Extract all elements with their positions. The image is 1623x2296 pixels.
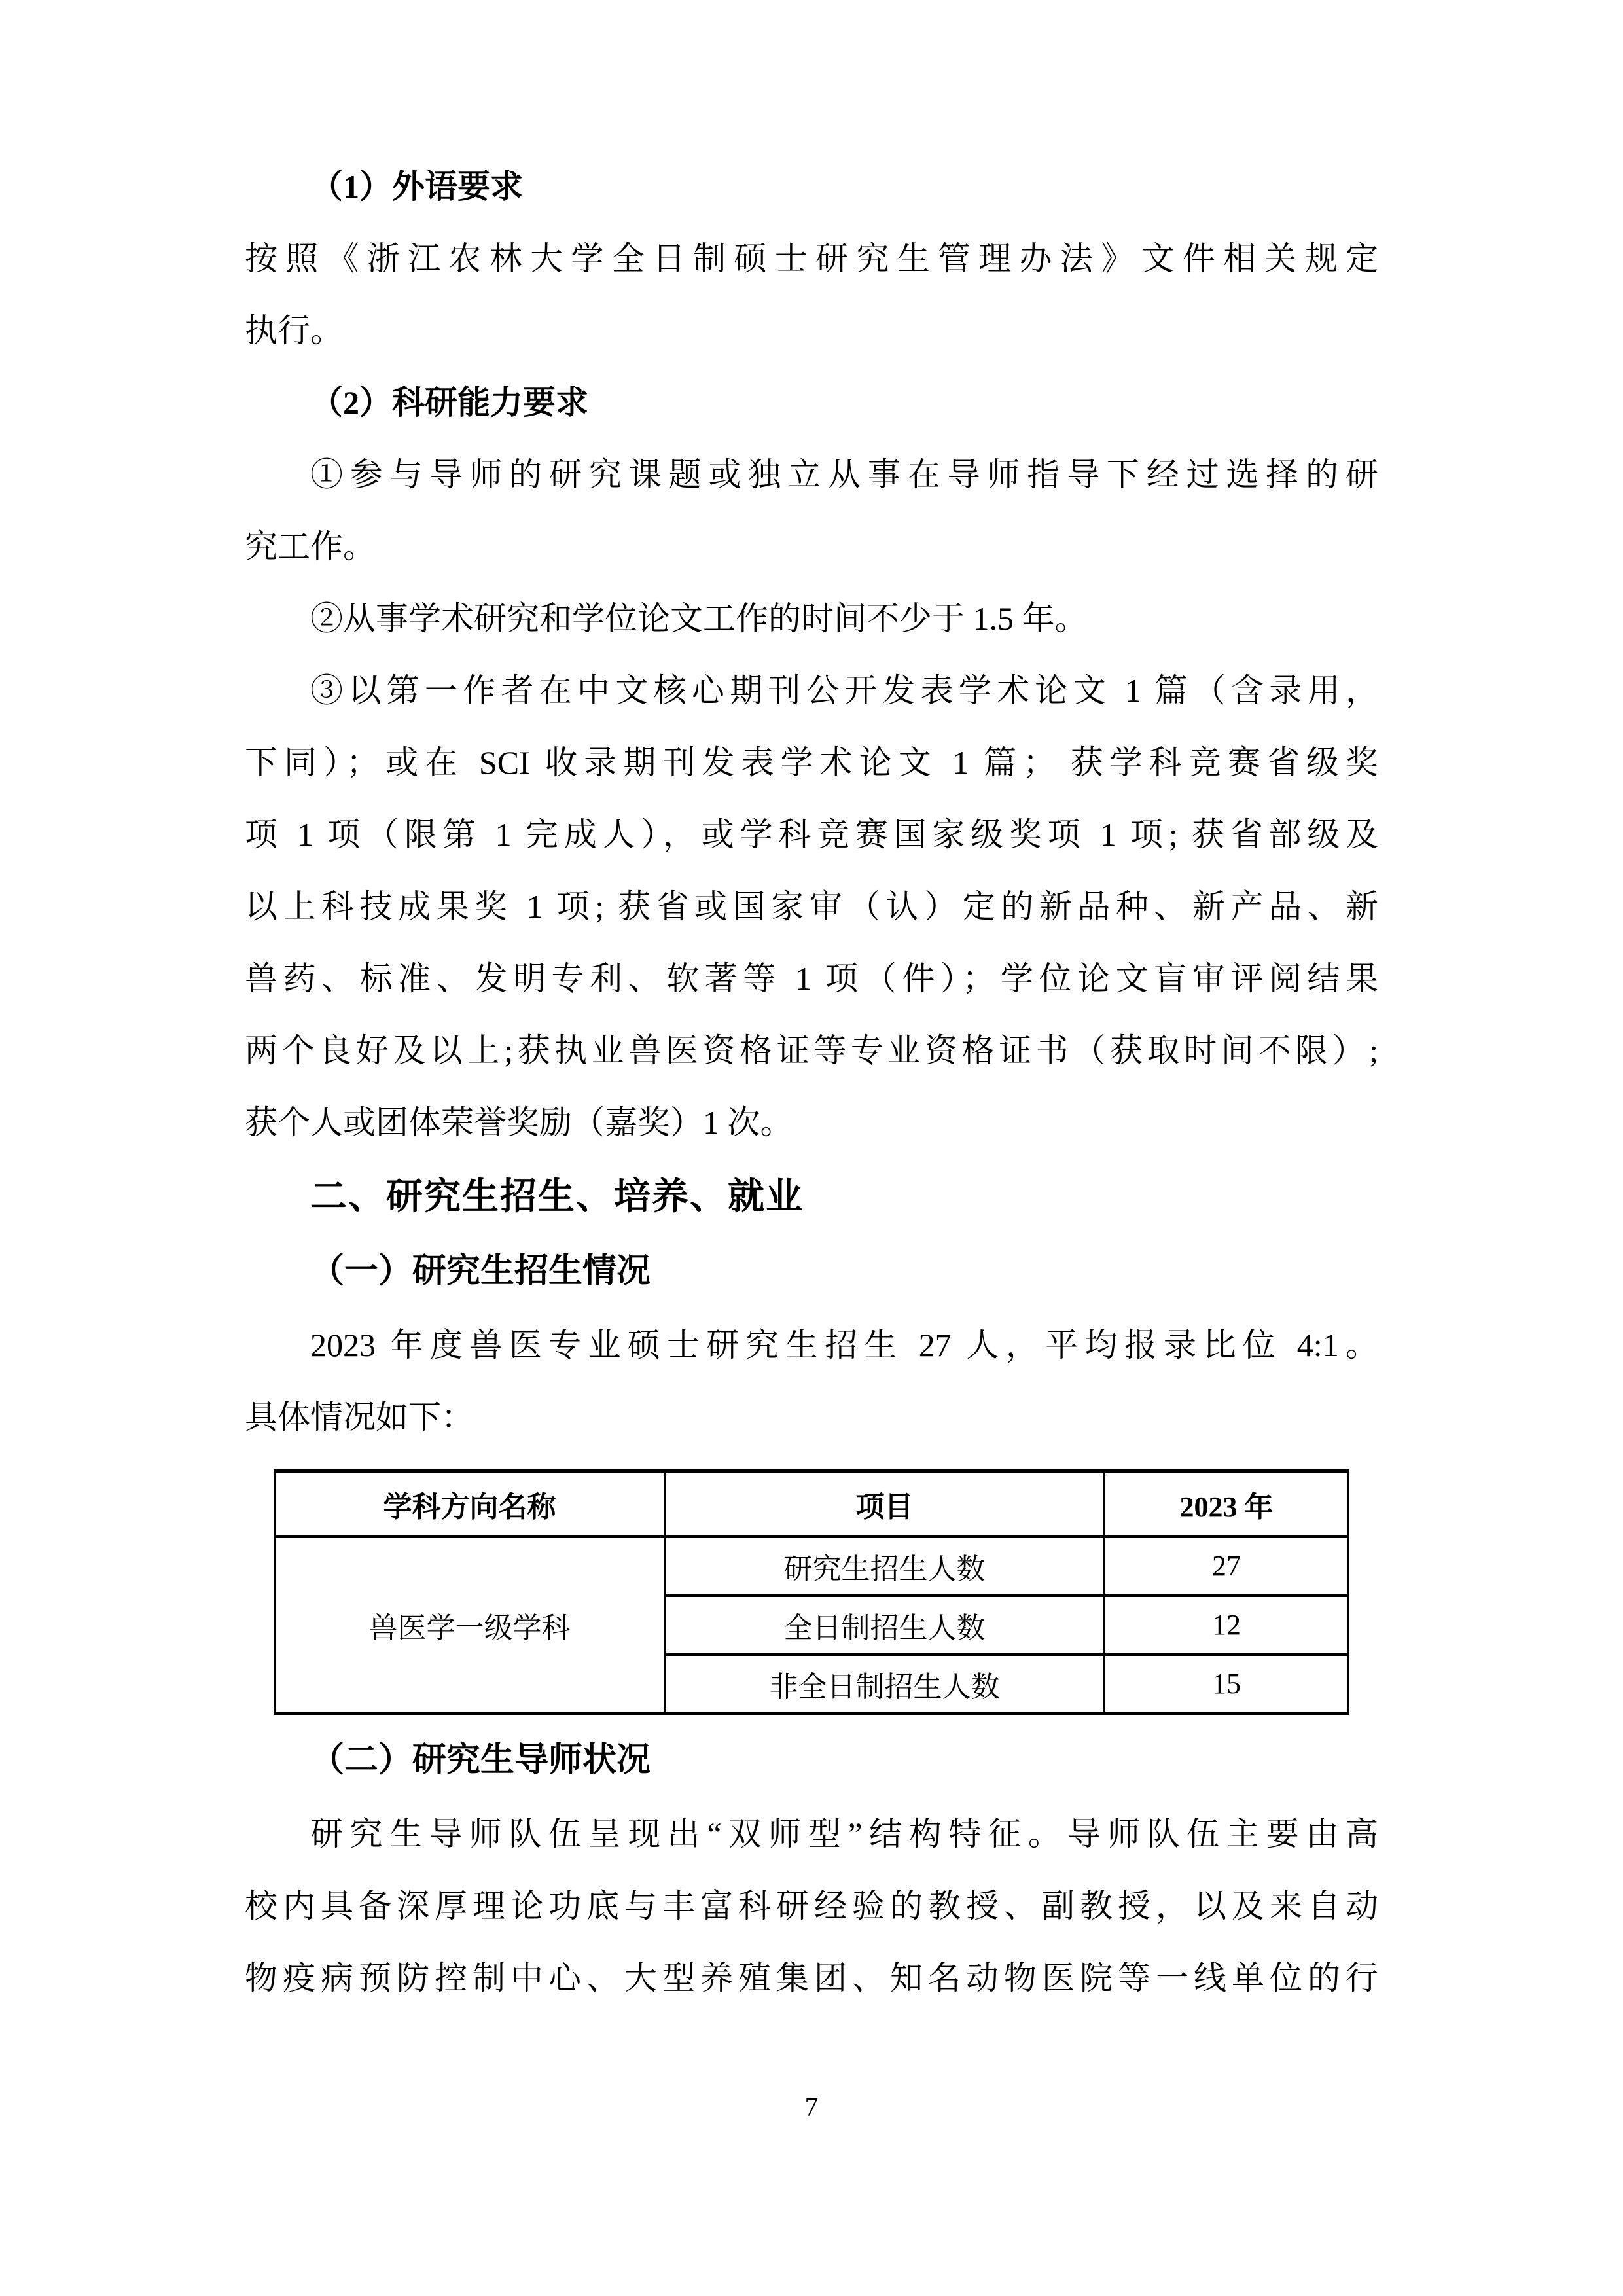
paragraph-foreign-line-1: 按照《浙江农林大学全日制硕士研究生管理办法》文件相关规定	[245, 223, 1378, 295]
table-cell-discipline: 兽医学一级学科	[275, 1537, 665, 1713]
list-item-3-line-1: ③以第一作者在中文核心期刊公开发表学术论文 1 篇（含录用，	[245, 655, 1378, 726]
table-header-row: 学科方向名称 项目 2023 年	[275, 1471, 1349, 1537]
document-content: （1）外语要求 按照《浙江农林大学全日制硕士研究生管理办法》文件相关规定 执行。…	[0, 0, 1623, 2014]
heading-foreign-language-requirement: （1）外语要求	[245, 151, 1378, 223]
list-item-2-line-1: ②从事学术研究和学位论文工作的时间不少于 1.5 年。	[245, 583, 1378, 655]
table-cell-item: 全日制招生人数	[665, 1596, 1105, 1655]
admission-data-table: 学科方向名称 项目 2023 年 兽医学一级学科 研究生招生人数 27 全日制招…	[274, 1469, 1349, 1715]
list-item-3-line-5: 兽药、标准、发明专利、软著等 1 项（件）；学位论文盲审评阅结果	[245, 942, 1378, 1014]
table-cell-value: 12	[1105, 1596, 1349, 1655]
paragraph-foreign-line-2: 执行。	[245, 295, 1378, 367]
list-item-3-line-4: 以上科技成果奖 1 项; 获省或国家审（认）定的新品种、新产品、新	[245, 870, 1378, 942]
paragraph-admission-line-2: 具体情况如下：	[245, 1381, 1378, 1453]
subsection-heading-admission-status: （一）研究生招生情况	[245, 1234, 1378, 1309]
paragraph-admission-line-1: 2023 年度兽医专业硕士研究生招生 27 人，平均报录比位 4:1。	[245, 1309, 1378, 1381]
list-item-1-line-2: 究工作。	[245, 511, 1378, 583]
list-item-3-line-2: 下同）；或在 SCI 收录期刊发表学术论文 1 篇； 获学科竞赛省级奖	[245, 726, 1378, 798]
table-cell-item: 研究生招生人数	[665, 1537, 1105, 1596]
table-header-year: 2023 年	[1105, 1471, 1349, 1537]
table-cell-item: 非全日制招生人数	[665, 1655, 1105, 1713]
page-number: 7	[0, 2091, 1623, 2124]
table-header-item: 项目	[665, 1471, 1105, 1537]
paragraph-mentor-line-2: 校内具备深厚理论功底与丰富科研经验的教授、副教授，以及来自动	[245, 1870, 1378, 1942]
section-heading-recruitment-training-employment: 二、研究生招生、培养、就业	[245, 1158, 1378, 1234]
table-cell-value: 27	[1105, 1537, 1349, 1596]
heading-research-ability-requirement: （2）科研能力要求	[245, 367, 1378, 439]
list-item-1-line-1: ①参与导师的研究课题或独立从事在导师指导下经过选择的研	[245, 439, 1378, 511]
table-header-discipline: 学科方向名称	[275, 1471, 665, 1537]
paragraph-mentor-line-3: 物疫病预防控制中心、大型养殖集团、知名动物医院等一线单位的行	[245, 1942, 1378, 2014]
subsection-heading-supervisor-status: （二）研究生导师状况	[245, 1723, 1378, 1798]
list-item-3-line-3: 项 1 项（限第 1 完成人），或学科竞赛国家级奖项 1 项; 获省部级及	[245, 798, 1378, 870]
table-cell-value: 15	[1105, 1655, 1349, 1713]
table-row: 兽医学一级学科 研究生招生人数 27	[275, 1537, 1349, 1596]
list-item-3-line-7: 获个人或团体荣誉奖励（嘉奖）1 次。	[245, 1086, 1378, 1158]
document-page: （1）外语要求 按照《浙江农林大学全日制硕士研究生管理办法》文件相关规定 执行。…	[0, 0, 1623, 2296]
list-item-3-line-6: 两个良好及以上;获执业兽医资格证等专业资格证书（获取时间不限）;	[245, 1014, 1378, 1086]
paragraph-mentor-line-1: 研究生导师队伍呈现出“双师型”结构特征。导师队伍主要由高	[245, 1798, 1378, 1870]
